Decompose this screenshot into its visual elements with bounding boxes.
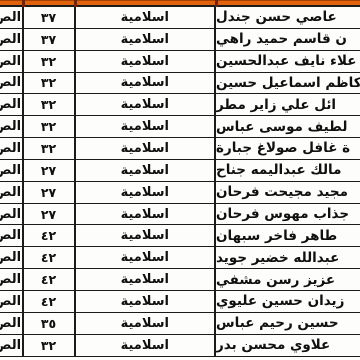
- left-truncated-text: الص: [0, 97, 21, 112]
- left-truncated-text: الص: [0, 250, 21, 265]
- person-name-text: زيدان حسين عليوي: [216, 293, 344, 309]
- header-column-separator: [74, 0, 77, 7]
- table-row: الص ٣٧ اسلامية عاصي حسن جندل: [0, 7, 360, 29]
- cropped-table-view: الص ٣٧ اسلامية عاصي حسن جندل الص ٣٧ اسلا…: [0, 0, 360, 360]
- left-truncated-text: الص: [0, 54, 21, 69]
- cell-score: ٤٢: [24, 247, 76, 268]
- cell-person-name: عاصي حسن جندل: [216, 7, 360, 28]
- cell-person-name: مالك عبداليمه جناح: [216, 160, 360, 181]
- category-text: اسلامية: [121, 32, 169, 47]
- left-truncated-text: الص: [0, 316, 21, 331]
- cell-category: اسلامية: [76, 160, 217, 181]
- cell-score: ٣٢: [24, 335, 76, 356]
- cell-person-name: زيدان حسين عليوي: [216, 291, 360, 312]
- cell-person-name: ائل علي زاير مطر: [216, 94, 360, 115]
- score-text: ٤٢: [41, 294, 56, 309]
- category-text: اسلامية: [121, 75, 169, 90]
- category-text: اسلامية: [121, 250, 169, 265]
- score-text: ٤٢: [41, 250, 56, 265]
- cell-score: ٣٧: [24, 29, 76, 50]
- left-truncated-text: الص: [0, 10, 21, 25]
- cell-left-truncated: الص: [0, 182, 24, 203]
- cell-category: اسلامية: [76, 204, 217, 225]
- category-text: اسلامية: [121, 338, 169, 353]
- left-truncated-text: الص: [0, 32, 21, 47]
- person-name-text: ن قاسم حميد راهي: [216, 31, 347, 47]
- category-text: اسلامية: [121, 228, 169, 243]
- left-truncated-text: الص: [0, 163, 21, 178]
- cell-person-name: لطيف موسى عباس: [216, 116, 360, 137]
- cell-left-truncated: الص: [0, 29, 24, 50]
- score-text: ٢٧: [41, 207, 56, 222]
- header-column-separator: [22, 0, 25, 7]
- cell-score: ٣٧: [24, 7, 76, 28]
- cell-person-name: ة غافل صولاغ جبارة: [216, 138, 360, 159]
- cell-score: ٣٢: [24, 73, 76, 94]
- category-text: اسلامية: [121, 207, 169, 222]
- score-text: ٣٧: [41, 10, 56, 25]
- category-text: اسلامية: [121, 10, 169, 25]
- cell-left-truncated: الص: [0, 204, 24, 225]
- left-truncated-text: الص: [0, 228, 21, 243]
- cell-category: اسلامية: [76, 247, 217, 268]
- cell-person-name: عزيز رسن مشفي: [216, 269, 360, 290]
- person-name-text: حسين رحيم عباس: [216, 315, 339, 331]
- person-name-text: مالك عبداليمه جناح: [216, 162, 341, 178]
- person-name-text: علاوي محسن بدر: [216, 337, 330, 353]
- cell-category: اسلامية: [76, 7, 217, 28]
- table-row: الص ٤٢ اسلامية طاهر فاخر سبهان: [0, 225, 360, 247]
- cell-person-name: ن قاسم حميد راهي: [216, 29, 360, 50]
- cell-category: اسلامية: [76, 116, 217, 137]
- person-name-text: عزيز رسن مشفي: [216, 272, 335, 288]
- cell-score: ٣٢: [24, 94, 76, 115]
- cell-score: ٣٢: [24, 51, 76, 72]
- person-name-text: ة غافل صولاغ جبارة: [216, 140, 350, 156]
- table-row: الص ٣٢ اسلامية ائل علي زاير مطر: [0, 94, 360, 116]
- cell-category: اسلامية: [76, 51, 217, 72]
- cell-left-truncated: الص: [0, 335, 24, 356]
- table-row: الص ٣٥ اسلامية حسين رحيم عباس: [0, 313, 360, 335]
- cell-left-truncated: الص: [0, 51, 24, 72]
- category-text: اسلامية: [121, 54, 169, 69]
- cell-category: اسلامية: [76, 225, 217, 246]
- score-text: ٣٢: [41, 97, 56, 112]
- score-text: ٣٢: [41, 75, 56, 90]
- cell-person-name: مجيد مجيحت فرحان: [216, 182, 360, 203]
- person-name-text: طاهر فاخر سبهان: [216, 228, 337, 244]
- category-text: اسلامية: [121, 119, 169, 134]
- score-text: ٢٧: [41, 163, 56, 178]
- person-name-text: مجيد مجيحت فرحان: [216, 184, 348, 200]
- cell-score: ٢٧: [24, 204, 76, 225]
- cell-category: اسلامية: [76, 94, 217, 115]
- category-text: اسلامية: [121, 294, 169, 309]
- cell-score: ٢٧: [24, 160, 76, 181]
- cell-person-name: جذاب مهوس فرحان: [216, 204, 360, 225]
- table-row: الص ٣٢ اسلامية لطيف موسى عباس: [0, 116, 360, 138]
- table-row: الص ٤٢ اسلامية زيدان حسين عليوي: [0, 291, 360, 313]
- score-text: ٣٢: [41, 141, 56, 156]
- cell-category: اسلامية: [76, 313, 217, 334]
- table-body: الص ٣٧ اسلامية عاصي حسن جندل الص ٣٧ اسلا…: [0, 7, 360, 357]
- cell-category: اسلامية: [76, 335, 217, 356]
- person-name-text: عاصي حسن جندل: [216, 9, 337, 25]
- category-text: اسلامية: [121, 185, 169, 200]
- person-name-text: كاظم اسماعيل حسين: [216, 75, 360, 91]
- table-row: الص ٣٢ اسلامية علاء نايف عبدالحسين: [0, 51, 360, 73]
- cell-left-truncated: الص: [0, 160, 24, 181]
- cell-person-name: طاهر فاخر سبهان: [216, 225, 360, 246]
- left-truncated-text: الص: [0, 272, 21, 287]
- category-text: اسلامية: [121, 316, 169, 331]
- table-row: الص ٣٢ اسلامية ة غافل صولاغ جبارة: [0, 138, 360, 160]
- person-name-text: عبدالله خضير جويد: [216, 250, 339, 266]
- category-text: اسلامية: [121, 163, 169, 178]
- cell-left-truncated: الص: [0, 116, 24, 137]
- cell-category: اسلامية: [76, 269, 217, 290]
- cell-person-name: علاوي محسن بدر: [216, 335, 360, 356]
- category-text: اسلامية: [121, 97, 169, 112]
- score-text: ٤٢: [41, 272, 56, 287]
- cell-category: اسلامية: [76, 138, 217, 159]
- left-truncated-text: الص: [0, 119, 21, 134]
- cell-category: اسلامية: [76, 182, 217, 203]
- cell-left-truncated: الص: [0, 269, 24, 290]
- cell-person-name: عبدالله خضير جويد: [216, 247, 360, 268]
- table-row: الص ٣٧ اسلامية ن قاسم حميد راهي: [0, 29, 360, 51]
- cell-left-truncated: الص: [0, 7, 24, 28]
- cell-score: ٣٢: [24, 138, 76, 159]
- score-text: ٣٢: [41, 338, 56, 353]
- cell-score: ٤٢: [24, 225, 76, 246]
- table-row: الص ٢٧ اسلامية مالك عبداليمه جناح: [0, 160, 360, 182]
- score-text: ٣٥: [41, 316, 56, 331]
- cell-score: ٢٧: [24, 182, 76, 203]
- cell-left-truncated: الص: [0, 94, 24, 115]
- cell-score: ٣٥: [24, 313, 76, 334]
- table-row: الص ٣٢ اسلامية علاوي محسن بدر: [0, 335, 360, 357]
- score-text: ٣٢: [41, 54, 56, 69]
- left-truncated-text: الص: [0, 75, 21, 90]
- left-truncated-text: الص: [0, 185, 21, 200]
- cell-left-truncated: الص: [0, 291, 24, 312]
- score-text: ٣٧: [41, 32, 56, 47]
- table-row: الص ٣٢ اسلامية كاظم اسماعيل حسين: [0, 73, 360, 95]
- person-name-text: لطيف موسى عباس: [216, 119, 347, 135]
- table-row: الص ٢٧ اسلامية جذاب مهوس فرحان: [0, 204, 360, 226]
- cell-left-truncated: الص: [0, 313, 24, 334]
- left-truncated-text: الص: [0, 207, 21, 222]
- left-truncated-text: الص: [0, 141, 21, 156]
- table-header-band: [0, 0, 360, 7]
- cell-score: ٤٢: [24, 291, 76, 312]
- score-text: ٣٢: [41, 119, 56, 134]
- header-column-separator: [215, 0, 218, 7]
- cell-person-name: كاظم اسماعيل حسين: [216, 73, 360, 94]
- cell-score: ٣٢: [24, 116, 76, 137]
- left-truncated-text: الص: [0, 338, 21, 353]
- cell-left-truncated: الص: [0, 73, 24, 94]
- table-row: الص ٢٧ اسلامية مجيد مجيحت فرحان: [0, 182, 360, 204]
- cell-person-name: علاء نايف عبدالحسين: [216, 51, 360, 72]
- person-name-text: علاء نايف عبدالحسين: [216, 53, 356, 69]
- cell-category: اسلامية: [76, 291, 217, 312]
- cell-score: ٤٢: [24, 269, 76, 290]
- score-text: ٤٢: [41, 228, 56, 243]
- cell-left-truncated: الص: [0, 247, 24, 268]
- cell-category: اسلامية: [76, 29, 217, 50]
- cell-person-name: حسين رحيم عباس: [216, 313, 360, 334]
- category-text: اسلامية: [121, 141, 169, 156]
- person-name-text: ائل علي زاير مطر: [216, 97, 336, 113]
- category-text: اسلامية: [121, 272, 169, 287]
- cell-left-truncated: الص: [0, 225, 24, 246]
- score-text: ٢٧: [41, 185, 56, 200]
- cell-category: اسلامية: [76, 73, 217, 94]
- left-truncated-text: الص: [0, 294, 21, 309]
- table-row: الص ٤٢ اسلامية عبدالله خضير جويد: [0, 247, 360, 269]
- person-name-text: جذاب مهوس فرحان: [216, 206, 349, 222]
- table-row: الص ٤٢ اسلامية عزيز رسن مشفي: [0, 269, 360, 291]
- cell-left-truncated: الص: [0, 138, 24, 159]
